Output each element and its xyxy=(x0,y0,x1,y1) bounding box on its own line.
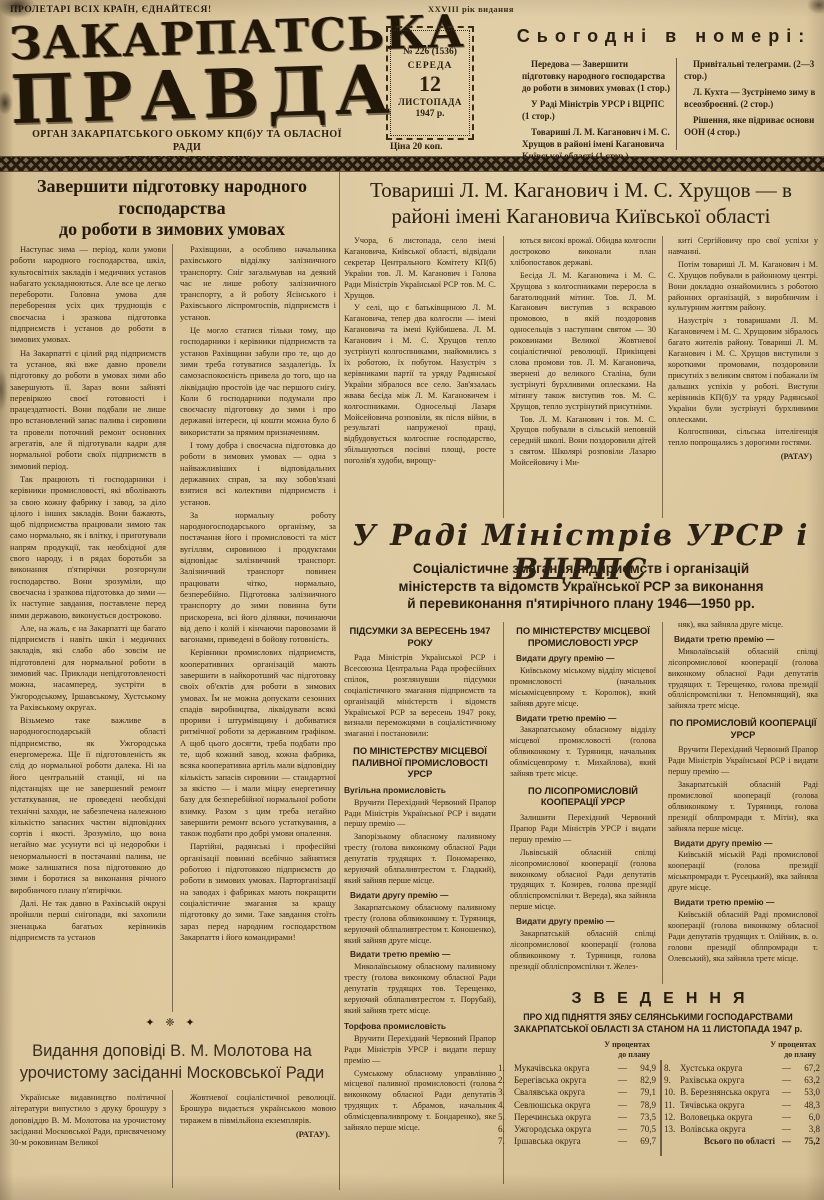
molotov-column-1: Українське видавництво політичної літера… xyxy=(10,1092,166,1192)
kaganovich-column-2: ються високі врожаї. Обидва колгоспи дос… xyxy=(510,236,656,518)
paragraph: Київській обласній Раді промислової кооп… xyxy=(668,910,818,965)
editorial-column-1: Наступає зима — період, коли умови робот… xyxy=(10,244,166,1012)
paragraph: Тов. Л. М. Каганович і тов. М. С. Хрущов… xyxy=(510,415,656,470)
paragraph: Учора, 6 листопада, село імені Каганович… xyxy=(344,236,496,301)
premium-lead: Видати другу премію — xyxy=(516,653,656,664)
section-header: ПО МІНІСТЕРСТВУ МІСЦЕВОЇ ПРОМИСЛОВОСТІ У… xyxy=(510,626,656,649)
paragraph: Назустріч з товаришами Л. М. Кагановичем… xyxy=(668,316,818,425)
paragraph: Керівники промислових підприємств, коопе… xyxy=(180,647,336,839)
kaganovich-signature: (РАТАУ) xyxy=(668,452,818,463)
section-header: ПО ЛІСОПРОМИСЛОВІЙ КООПЕРАЦІЇ УРСР xyxy=(510,786,656,809)
premium-lead: Видати третю премію — xyxy=(674,634,818,645)
zvedennia-table-divider xyxy=(660,1060,662,1156)
zvedennia-col-header-right: У процентах до плану xyxy=(666,1040,816,1059)
molotov-column-2: Жовтневої соціалістичної революції. Брош… xyxy=(180,1092,336,1192)
paragraph: Рада Міністрів Української РСР і Всесоюз… xyxy=(344,653,496,740)
paragraph: ються високі врожаї. Обидва колгоспи дос… xyxy=(510,236,656,269)
paragraph: Вручити Перехідний Червоний Прапор Ради … xyxy=(344,798,496,831)
premium-lead: Видати другу премію — xyxy=(350,890,496,901)
editorial-headline-line: Завершити підготовку народного xyxy=(8,176,336,198)
table-row: 10.В. Березнянська округа—53,0 xyxy=(664,1086,820,1098)
issue-weekday: СЕРЕДА xyxy=(408,61,453,71)
table-row: 6.Ужгородська округа—70,5 xyxy=(498,1123,656,1135)
table-row: Всього по області—75,2 xyxy=(664,1135,820,1147)
paragraph: Закарпатській обласній спілці лісопромис… xyxy=(510,929,656,973)
table-row: 7.Іршавська округа—69,7 xyxy=(498,1135,656,1147)
paragraph: У Раді Міністрів УРСР і ВЦРПС (1 стор.) xyxy=(522,98,670,122)
section-header: ПО ПРОМИСЛОВІЙ КООПЕРАЦІЇ УРСР xyxy=(668,718,818,741)
today-in-issue-title: Сьогодні в номері: xyxy=(508,26,820,47)
organ-line-1: ОРГАН ЗАКАРПАТСЬКОГО ОБКОМУ КП(б)У ТА ОБ… xyxy=(22,128,352,154)
paragraph: І тому добра і своєчасна підготовка до р… xyxy=(180,440,336,508)
paragraph: Закарпатському обласному паливному трест… xyxy=(344,903,496,947)
table-row: 11.Тячівська округа—48,3 xyxy=(664,1099,820,1111)
paragraph: У селі, що є батьківщиною Л. М. Каганови… xyxy=(344,303,496,467)
paragraph: Миколаївській обласній спілці лісопромис… xyxy=(668,647,818,712)
paragraph: Київському міському відділу місцевої про… xyxy=(510,666,656,710)
newspaper-page: ПРОЛЕТАРІ ВСІХ КРАЇН, ЄДНАЙТЕСЯ! XXVIII … xyxy=(0,0,824,1200)
paragraph: За нормальну роботу народногосподарськог… xyxy=(180,510,336,646)
kaganovich-headline-line: районі імені Кагановича Київської област… xyxy=(342,203,820,229)
paragraph: Л. Кухта — Зустрінемо зиму в всеозброєнн… xyxy=(684,86,818,110)
zvedennia-subtitle: ПРО ХІД ПІДНЯТТЯ ЗЯБУ СЕЛЯНСЬКИМИ ГОСПОД… xyxy=(498,1012,818,1035)
molotov-headline-line: урочистому засіданні Московської Ради xyxy=(8,1062,336,1084)
table-row: 4.Севлюшська округа—78,9 xyxy=(498,1099,656,1111)
paper-stain xyxy=(0,360,10,420)
molotov-column-2-text: Жовтневої соціалістичної революції. Брош… xyxy=(180,1092,336,1126)
section-header: ПО МІНІСТЕРСТВУ МІСЦЕВОЇ ПАЛИВНОЇ ПРОМИС… xyxy=(344,746,496,781)
paragraph: На Закарпатті є цілий ряд підприємств та… xyxy=(10,348,166,472)
table-row: 13.Волівська округа—3,8 xyxy=(664,1123,820,1135)
editorial-headline-line: господарства xyxy=(8,198,336,220)
sub-header: Вугільна промисловість xyxy=(344,785,496,796)
issue-price: Ціна 20 коп. xyxy=(390,142,442,152)
zvedennia-table-right: 8.Хустська округа—67,29.Рахівська округа… xyxy=(664,1062,820,1147)
paragraph: Київській міській Раді промислової коопе… xyxy=(668,850,818,894)
ministers-column-2: ПО МІНІСТЕРСТВУ МІСЦЕВОЇ ПРОМИСЛОВОСТІ У… xyxy=(510,620,656,982)
logo-line-2: ПРАВДА xyxy=(10,59,384,131)
premium-lead: Видати третю премію — xyxy=(516,713,656,724)
ministers-subtitle-line: й перевиконання п'ятирічного плану 1946—… xyxy=(352,595,810,613)
editorial-column-rule xyxy=(172,244,173,1012)
paragraph: Вручити Перехідний Червоний Прапор Ради … xyxy=(668,745,818,778)
table-row: 3.Свалявська округа—79,1 xyxy=(498,1086,656,1098)
min-column-rule-2 xyxy=(662,622,663,984)
paragraph: киті Сергійовичу про свої успіхи у навча… xyxy=(668,236,818,258)
zvedennia-subtitle-line: ПРО ХІД ПІДНЯТТЯ ЗЯБУ СЕЛЯНСЬКИМИ ГОСПОД… xyxy=(498,1012,818,1024)
paper-stain xyxy=(802,0,824,18)
paragraph: Миколаївському обласному паливному трест… xyxy=(344,962,496,1017)
editorial-headline-line: до роботи в зимових умовах xyxy=(8,219,336,241)
premium-lead: Видати другу премію — xyxy=(674,838,818,849)
paragraph: Закарпатській обласній Раді промислової … xyxy=(668,780,818,835)
ministers-column-1: ПІДСУМКИ ЗА ВЕРЕСЕНЬ 1947 РОКУРада Мініс… xyxy=(344,620,496,1184)
paragraph: Це могло статися тільки тому, що господа… xyxy=(180,325,336,438)
ministers-subtitle: Соціалістичне змагання підприємств і орг… xyxy=(352,560,810,613)
paragraph: Закарпатському обласному відділу місцево… xyxy=(510,725,656,780)
editorial-column-2: Рахівщини, а особливо начальника рахівсь… xyxy=(180,244,336,1012)
molotov-column-rule xyxy=(172,1090,173,1188)
paragraph: Львівській обласній спілці лісопромислов… xyxy=(510,848,656,913)
paragraph: Але, на жаль, є на Закарпатті ще багато … xyxy=(10,623,166,713)
table-row: 9.Рахівська округа—63,2 xyxy=(664,1074,820,1086)
flower-ornament-divider: ✦ ❈ ✦ xyxy=(8,1016,336,1029)
table-row: 8.Хустська округа—67,2 xyxy=(664,1062,820,1074)
paragraph: Візьмемо таке важливе в народногосподарс… xyxy=(10,715,166,896)
issue-info-box: № 226 (1536) СЕРЕДА 12 ЛИСТОПАДА 1947 р. xyxy=(386,26,474,140)
zvedennia-col-header-left: У процентах до плану xyxy=(500,1040,650,1059)
ministers-column-3: няк), яка зайняла друге місце.Видати тре… xyxy=(668,620,818,982)
newspaper-logo: ЗАКАРПАТСЬКА ПРАВДА xyxy=(9,11,384,131)
zvedennia-table-left: 1.Мукачівська округа—94,92.Берегівська о… xyxy=(498,1062,656,1147)
paragraph: Так працюють ті господарники і керівники… xyxy=(10,474,166,621)
editorial-headline: Завершити підготовку народного господарс… xyxy=(8,176,336,241)
paragraph: Потім товариші Л. М. Каганович і М. С. Х… xyxy=(668,260,818,315)
kaganovich-headline-line: Товариші Л. М. Каганович і М. С. Хрущов … xyxy=(342,177,820,203)
ornament-band xyxy=(0,157,824,171)
kaganovich-column-1: Учора, 6 листопада, село імені Каганович… xyxy=(344,236,496,518)
ministers-subtitle-line: Соціалістичне змагання підприємств і орг… xyxy=(352,560,810,578)
issue-number: № 226 (1536) xyxy=(403,47,457,57)
issue-month: ЛИСТОПАДА xyxy=(398,97,462,107)
molotov-headline-line: Видання доповіді В. М. Молотова на xyxy=(8,1040,336,1062)
issue-year: 1947 р. xyxy=(415,109,444,119)
molotov-signature: (РАТАУ). xyxy=(180,1129,336,1140)
main-column-rule xyxy=(339,172,340,1190)
today-in-issue-right-list: Привітальні телеграми. (2—3 стор.)Л. Кух… xyxy=(684,58,818,142)
kaganovich-headline: Товариші Л. М. Каганович і М. С. Хрущов … xyxy=(342,177,820,229)
table-row: 2.Берегівська округа—82,9 xyxy=(498,1074,656,1086)
paragraph: няк), яка зайняла друге місце. xyxy=(668,620,818,631)
table-row: 12.Воловецька округа—6,0 xyxy=(664,1111,820,1123)
kag-column-rule-2 xyxy=(662,236,663,518)
paragraph: Вручити Перехідний Червоний Прапор Ради … xyxy=(344,1034,496,1067)
ministers-subtitle-line: міністерств та відомств Української РСР … xyxy=(352,578,810,596)
paragraph: Жовтневої соціалістичної революції. Брош… xyxy=(180,1092,336,1126)
premium-lead: Видати третю премію — xyxy=(350,949,496,960)
premium-lead: Видати третю премію — xyxy=(674,897,818,908)
today-in-issue-left-list: Передова — Завершити підготовку народног… xyxy=(522,58,670,166)
paragraph: Партійні, радянські і професійні організ… xyxy=(180,841,336,943)
paragraph: Колгоспники, сільська інтелігенція тепло… xyxy=(668,427,818,449)
paragraph: Привітальні телеграми. (2—3 стор.) xyxy=(684,58,818,82)
table-row: 5.Перечинська округа—73,5 xyxy=(498,1111,656,1123)
premium-lead: Видати другу премію — xyxy=(516,916,656,927)
kaganovich-column-3-text: киті Сергійовичу про свої успіхи у навча… xyxy=(668,236,818,449)
issue-day: 12 xyxy=(419,73,441,95)
paragraph: Далі. Не так давно в Рахівській окрузі п… xyxy=(10,898,166,943)
kag-column-rule-1 xyxy=(503,236,504,518)
zvedennia-subtitle-line: ЗАКАРПАТСЬКОЇ ОБЛАСТІ ЗА СТАНОМ НА 11 ЛИ… xyxy=(498,1024,818,1036)
paragraph: Рішення, яке підриває основи ООН (4 стор… xyxy=(684,114,818,138)
paragraph: Українське видавництво політичної літера… xyxy=(10,1092,166,1148)
paragraph: Передова — Завершити підготовку народног… xyxy=(522,58,670,94)
kaganovich-column-3: киті Сергійовичу про свої успіхи у навча… xyxy=(668,236,818,518)
table-row: 1.Мукачівська округа—94,9 xyxy=(498,1062,656,1074)
molotov-headline: Видання доповіді В. М. Молотова на урочи… xyxy=(8,1040,336,1084)
paragraph: Рахівщини, а особливо начальника рахівсь… xyxy=(180,244,336,323)
zvedennia-title: ЗВЕДЕННЯ xyxy=(496,990,820,1008)
paragraph: Бесіда Л. М. Кагановича і М. С. Хрущова … xyxy=(510,271,656,413)
paragraph: Наступає зима — період, коли умови робот… xyxy=(10,244,166,346)
sub-header: Торфова промисловість xyxy=(344,1021,496,1032)
section-header: ПІДСУМКИ ЗА ВЕРЕСЕНЬ 1947 РОКУ xyxy=(344,626,496,649)
today-column-divider xyxy=(676,58,677,150)
paragraph: Залишити Перехідний Червоний Прапор Ради… xyxy=(510,813,656,846)
paragraph: Запорізькому обласному паливному тресту … xyxy=(344,832,496,887)
paragraph: Сумському обласному управлінню місцевої … xyxy=(344,1069,496,1134)
